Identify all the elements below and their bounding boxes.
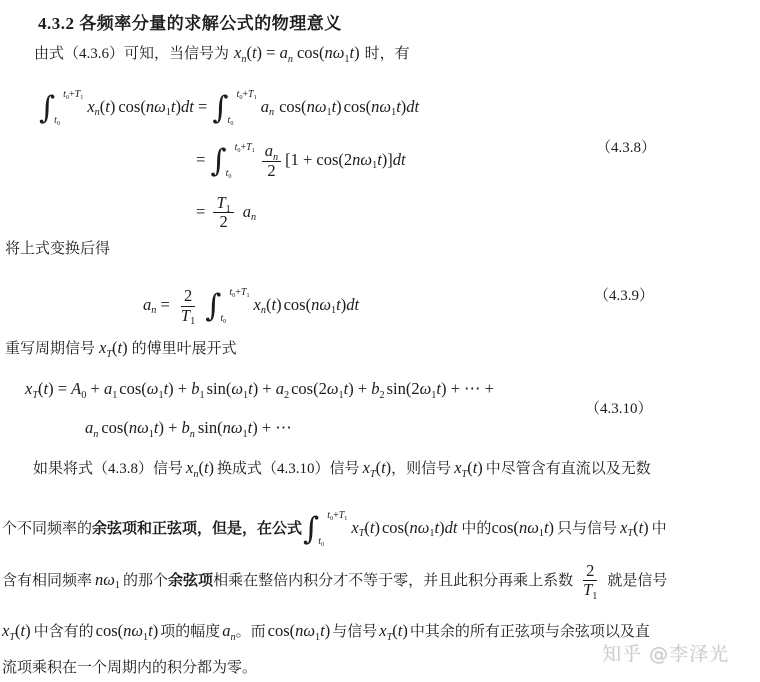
text: 如果将式（4.3.8）信号 bbox=[33, 461, 183, 477]
text: 由式（4.3.6）可知，当信号为 bbox=[34, 46, 229, 62]
math-var: T bbox=[583, 580, 592, 599]
text: 中的 bbox=[461, 521, 491, 537]
subscript: n bbox=[193, 469, 198, 480]
fraction-denominator: 2 bbox=[264, 162, 278, 180]
math-op: ) bbox=[209, 458, 215, 477]
eq-438-line-1: ∫t0+T1t0xn(t)cos(nω1t)dt = ∫t0+T1t0ancos… bbox=[38, 88, 419, 128]
math-var: b bbox=[182, 418, 190, 437]
integral-upper-limit: t0+T1 bbox=[327, 511, 347, 521]
subscript: 1 bbox=[344, 515, 347, 522]
math-var: nω bbox=[311, 295, 331, 314]
bold-text: 余弦项 bbox=[168, 573, 213, 589]
math-op: )] bbox=[382, 150, 393, 169]
eq-439-line: an = 2T1∫t0+T1t0xn(t)cos(nω1t)dt bbox=[143, 286, 359, 326]
math-var: b bbox=[371, 379, 379, 398]
text: 的傅里叶展开式 bbox=[132, 341, 237, 357]
math-var: n bbox=[231, 632, 236, 643]
subscript: T bbox=[370, 469, 376, 480]
subscript: 1 bbox=[115, 580, 120, 591]
subscript: 0 bbox=[228, 173, 231, 180]
subscript: 0 bbox=[230, 120, 233, 127]
text: 。而 bbox=[236, 624, 266, 640]
math-var: A bbox=[71, 379, 81, 398]
math-var: a bbox=[276, 379, 284, 398]
math-var: nω bbox=[307, 97, 327, 116]
math-var: T bbox=[246, 142, 252, 153]
eq-438-line-2: = ∫t0+T1t0an2[1 + cos(2nω1t)]dt bbox=[196, 141, 406, 181]
text: 含有相同频率 bbox=[2, 573, 92, 589]
math-var: T bbox=[9, 632, 15, 643]
subscript: 0 bbox=[232, 292, 235, 299]
math-var: dt bbox=[181, 97, 194, 116]
text: 时，有 bbox=[365, 46, 410, 62]
math-var: T bbox=[216, 193, 225, 212]
fraction-numerator: 2 bbox=[583, 562, 597, 581]
integral-limits: t0+T1t0 bbox=[230, 89, 257, 127]
subscript: 0 bbox=[57, 120, 60, 127]
math-op: cos( bbox=[491, 518, 519, 537]
subscript: n bbox=[273, 152, 278, 163]
math-var: nω bbox=[129, 418, 149, 437]
math-op: ) bbox=[477, 458, 483, 477]
math-var: a bbox=[243, 202, 251, 221]
eq-438-line-3: = T12an bbox=[196, 194, 256, 232]
math-op: sin( bbox=[207, 379, 232, 398]
subscript: 1 bbox=[190, 316, 195, 327]
subscript: n bbox=[269, 107, 274, 118]
integral: ∫t0+T1t0 bbox=[210, 141, 254, 181]
math-var: x bbox=[363, 458, 370, 477]
integral-limits: t0+T1t0 bbox=[56, 89, 83, 127]
fraction-denominator: T1 bbox=[580, 581, 600, 599]
integral-glyph: ∫ bbox=[205, 288, 221, 324]
subscript: n bbox=[93, 429, 98, 440]
integral-upper-limit: t0+T1 bbox=[229, 288, 249, 298]
fraction: an2 bbox=[260, 142, 283, 180]
subscript: T bbox=[106, 349, 112, 360]
math-op: cos( bbox=[118, 97, 146, 116]
body-line-4: xT(t)中含有的cos(nω1t)项的幅度an。而cos(nω1t)与信号xT… bbox=[2, 620, 650, 643]
subscript: 2 bbox=[380, 390, 385, 401]
math-op: ) = bbox=[257, 43, 280, 62]
math-op: ) + bbox=[348, 379, 371, 398]
subscript: 1 bbox=[80, 94, 83, 101]
subscript: 1 bbox=[254, 94, 257, 101]
subscript: n bbox=[241, 54, 246, 65]
math-var: nω bbox=[324, 43, 344, 62]
watermark: 知乎 @李泽光 bbox=[602, 639, 729, 666]
math-op: 2 bbox=[184, 286, 192, 305]
math-var: dt bbox=[445, 518, 458, 537]
text: 就是信号 bbox=[607, 573, 667, 589]
subscript: T bbox=[462, 469, 468, 480]
subscript: 1 bbox=[243, 390, 248, 401]
integral-lower-limit: t0 bbox=[54, 116, 83, 126]
math-var: T bbox=[387, 632, 393, 643]
math-var: n bbox=[241, 54, 246, 65]
subscript: 1 bbox=[331, 305, 336, 316]
math-op: ) bbox=[276, 295, 282, 314]
math-var: a bbox=[104, 379, 112, 398]
math-op: [1 + cos(2 bbox=[285, 150, 352, 169]
subscript: n bbox=[261, 305, 266, 316]
subscript: 0 bbox=[321, 541, 324, 548]
math-op: 2 bbox=[219, 212, 227, 231]
text: 的那个 bbox=[123, 573, 168, 589]
math-op: ) bbox=[354, 43, 360, 62]
math-op: ) + bbox=[168, 379, 191, 398]
math-var: nω bbox=[371, 97, 391, 116]
math-var: n bbox=[288, 54, 293, 65]
text: 流项乘积在一个周期内的积分都为零。 bbox=[2, 660, 257, 676]
math-var: ω bbox=[231, 379, 243, 398]
math-op: cos( bbox=[96, 621, 124, 640]
math-var: x bbox=[379, 621, 386, 640]
math-op: ) bbox=[402, 621, 408, 640]
math-op: + bbox=[86, 379, 104, 398]
math-var: a bbox=[265, 141, 273, 160]
math-var: dt bbox=[346, 295, 359, 314]
math-var: nω bbox=[519, 518, 539, 537]
eq-4310-label: （4.3.10） bbox=[585, 400, 653, 420]
math-var: x bbox=[254, 295, 261, 314]
math-var: T bbox=[32, 390, 38, 401]
section-title: 4.3.2 各频率分量的求解公式的物理意义 bbox=[38, 9, 342, 34]
math-op: sin(2 bbox=[387, 379, 420, 398]
math-op: ) = bbox=[48, 379, 71, 398]
subscript: n bbox=[231, 632, 236, 643]
subscript: 1 bbox=[243, 429, 248, 440]
math-var: nω bbox=[352, 150, 372, 169]
subscript: n bbox=[251, 212, 256, 223]
document-page: 4.3.2 各频率分量的求解公式的物理意义 由式（4.3.6）可知，当信号为xn… bbox=[0, 0, 760, 682]
subscript: T bbox=[359, 528, 365, 539]
fraction-denominator: 2 bbox=[216, 213, 230, 231]
fraction: 2T1 bbox=[578, 562, 602, 600]
subscript: 1 bbox=[372, 160, 377, 171]
subscript: 1 bbox=[344, 54, 349, 65]
integral-upper-limit: t0+T1 bbox=[63, 90, 83, 100]
math-op: cos( bbox=[297, 43, 325, 62]
intro-line: 由式（4.3.6）可知，当信号为xn(t) = ancos(nω1t)时，有 bbox=[34, 42, 410, 65]
math-op: ) bbox=[153, 621, 159, 640]
math-var: a bbox=[85, 418, 93, 437]
subscript: 1 bbox=[315, 632, 320, 643]
text: 重写周期信号 bbox=[5, 341, 95, 357]
math-op: ) bbox=[325, 621, 331, 640]
text: 中尽管含有直流以及无数 bbox=[486, 461, 651, 477]
subscript: n bbox=[190, 429, 195, 440]
text: 个不同频率的 bbox=[2, 521, 92, 537]
math-op: 2 bbox=[267, 161, 275, 180]
math-var: n bbox=[190, 429, 195, 440]
math-var: T bbox=[462, 469, 468, 480]
integral-lower-limit: t0 bbox=[318, 537, 347, 547]
math-var: nω bbox=[95, 570, 115, 589]
fraction-numerator: 2 bbox=[181, 287, 195, 306]
subscript: 0 bbox=[330, 515, 333, 522]
text: 中含有的 bbox=[34, 624, 94, 640]
math-var: dt bbox=[393, 150, 406, 169]
text: 相乘在整倍内积分才不等于零，并且此积分再乘上系数 bbox=[213, 573, 573, 589]
math-var: T bbox=[181, 306, 190, 325]
fraction-denominator: T1 bbox=[178, 307, 198, 325]
integral-glyph: ∫ bbox=[303, 511, 319, 547]
math-op: ) bbox=[122, 338, 128, 357]
math-var: T bbox=[248, 89, 254, 100]
math-op: ) bbox=[549, 518, 555, 537]
math-var: ω bbox=[327, 379, 339, 398]
integral-limits: t0+T1t0 bbox=[228, 142, 255, 180]
math-op: ) bbox=[25, 621, 31, 640]
subscript: n bbox=[288, 54, 293, 65]
subscript: 0 bbox=[223, 318, 226, 325]
subscript: 1 bbox=[158, 390, 163, 401]
body-line-3: 含有相同频率nω1的那个余弦项相乘在整倍内积分才不等于零，并且此积分再乘上系数2… bbox=[2, 562, 667, 600]
integral-limits: t0+T1t0 bbox=[222, 287, 249, 325]
math-op: ) + ⋯ + bbox=[441, 379, 494, 398]
fraction: T12 bbox=[211, 194, 235, 232]
math-var: n bbox=[269, 107, 274, 118]
subscript: 1 bbox=[112, 390, 117, 401]
subscript: 1 bbox=[149, 429, 154, 440]
text: 与信号 bbox=[332, 624, 377, 640]
transform-note: 将上式变换后得 bbox=[5, 240, 110, 260]
math-var: ω bbox=[147, 379, 159, 398]
subscript: 1 bbox=[326, 107, 331, 118]
math-op: cos( bbox=[119, 379, 147, 398]
math-var: n bbox=[93, 429, 98, 440]
math-var: T bbox=[627, 528, 633, 539]
math-op: sin( bbox=[198, 418, 223, 437]
integral: ∫t0+T1t0 bbox=[212, 88, 256, 128]
integral: ∫t0+T1t0 bbox=[39, 88, 83, 128]
subscript: T bbox=[32, 390, 38, 401]
subscript: 1 bbox=[166, 107, 171, 118]
math-op: cos( bbox=[284, 295, 312, 314]
math-op: ) bbox=[374, 518, 380, 537]
math-var: T bbox=[359, 528, 365, 539]
text: 项的幅度 bbox=[160, 624, 220, 640]
eq-439-label: （4.3.9） bbox=[594, 287, 654, 307]
math-var: x bbox=[454, 458, 461, 477]
subscript: T bbox=[9, 632, 15, 643]
math-op: ) bbox=[643, 518, 649, 537]
integral-limits: t0+T1t0 bbox=[320, 510, 347, 548]
math-op: + bbox=[164, 418, 182, 437]
math-op: cos( bbox=[344, 97, 372, 116]
integral-glyph: ∫ bbox=[210, 143, 226, 179]
subscript: 1 bbox=[592, 591, 597, 602]
fraction-numerator: an bbox=[262, 142, 281, 161]
math-var: nω bbox=[123, 621, 143, 640]
text: 只与信号 bbox=[557, 521, 617, 537]
subscript: T bbox=[627, 528, 633, 539]
subscript: 1 bbox=[226, 204, 231, 215]
subscript: 1 bbox=[391, 107, 396, 118]
math-op: cos( bbox=[279, 97, 307, 116]
math-op: ) bbox=[336, 97, 342, 116]
eq-438-label: （4.3.8） bbox=[596, 139, 656, 159]
math-var: n bbox=[95, 107, 100, 118]
body-line-1: 如果将式（4.3.8）信号xn(t)换成式（4.3.10）信号xT(t)，则信号… bbox=[2, 457, 651, 480]
integral-lower-limit: t0 bbox=[220, 314, 249, 324]
math-op: = bbox=[156, 295, 174, 314]
math-op: = bbox=[196, 202, 209, 221]
bold-text: 余弦项和正弦项，但是，在公式 bbox=[92, 521, 302, 537]
text: 换成式（4.3.10）信号 bbox=[217, 461, 360, 477]
math-var: n bbox=[261, 305, 266, 316]
subscript: 1 bbox=[143, 632, 148, 643]
integral-glyph: ∫ bbox=[39, 90, 55, 126]
math-op: ) bbox=[110, 97, 116, 116]
subscript: 1 bbox=[431, 390, 436, 401]
math-op: 2 bbox=[586, 561, 594, 580]
integral: ∫t0+T1t0 bbox=[303, 509, 347, 549]
eq-4310-line-1: xT(t) = A0 + a1cos(ω1t) + b1sin(ω1t) + a… bbox=[25, 378, 494, 399]
math-var: x bbox=[351, 518, 358, 537]
subscript: T bbox=[387, 632, 393, 643]
rewrite-note: 重写周期信号xT(t)的傅里叶展开式 bbox=[5, 337, 237, 360]
math-var: a bbox=[222, 621, 230, 640]
body-line-5: 流项乘积在一个周期内的积分都为零。 bbox=[2, 656, 257, 679]
subscript: 2 bbox=[284, 390, 289, 401]
math-var: T bbox=[370, 469, 376, 480]
integral-upper-limit: t0+T1 bbox=[237, 90, 257, 100]
math-var: nω bbox=[295, 621, 315, 640]
text: 中其余的所有正弦项与余弦项以及直 bbox=[410, 624, 650, 640]
math-var: nω bbox=[146, 97, 166, 116]
math-var: x bbox=[87, 97, 94, 116]
math-op: ) + ⋯ bbox=[252, 418, 292, 437]
math-var: T bbox=[106, 349, 112, 360]
math-op: = bbox=[194, 97, 212, 116]
subscript: 1 bbox=[339, 390, 344, 401]
math-op: ) + bbox=[253, 379, 276, 398]
subscript: 1 bbox=[539, 528, 544, 539]
subscript: 0 bbox=[66, 94, 69, 101]
integral: ∫t0+T1t0 bbox=[205, 286, 249, 326]
math-op: cos( bbox=[268, 621, 296, 640]
text: ，则信号 bbox=[391, 461, 451, 477]
integral-lower-limit: t0 bbox=[228, 116, 257, 126]
subscript: 0 bbox=[81, 390, 86, 401]
subscript: 1 bbox=[429, 528, 434, 539]
subscript: n bbox=[151, 305, 156, 316]
math-var: a bbox=[280, 43, 288, 62]
math-op: cos( bbox=[101, 418, 129, 437]
math-var: n bbox=[273, 152, 278, 163]
subscript: 0 bbox=[239, 94, 242, 101]
math-op: = bbox=[196, 150, 209, 169]
subscript: n bbox=[95, 107, 100, 118]
subscript: 1 bbox=[252, 147, 255, 154]
math-var: dt bbox=[406, 97, 419, 116]
body-line-2: 个不同频率的余弦项和正弦项，但是，在公式∫t0+T1t0xT(t)cos(nω1… bbox=[2, 509, 667, 549]
fraction-numerator: T1 bbox=[213, 194, 233, 213]
integral-lower-limit: t0 bbox=[226, 169, 255, 179]
math-var: nω bbox=[409, 518, 429, 537]
subscript: 1 bbox=[246, 292, 249, 299]
integral-glyph: ∫ bbox=[212, 90, 228, 126]
math-var: nω bbox=[223, 418, 243, 437]
math-var: ω bbox=[420, 379, 432, 398]
math-op: cos( bbox=[382, 518, 410, 537]
math-var: n bbox=[151, 305, 156, 316]
math-op: cos(2 bbox=[291, 379, 327, 398]
subscript: 1 bbox=[199, 390, 204, 401]
fraction: 2T1 bbox=[176, 287, 200, 325]
text: 中 bbox=[652, 521, 667, 537]
math-var: a bbox=[261, 97, 269, 116]
math-var: a bbox=[143, 295, 151, 314]
integral-upper-limit: t0+T1 bbox=[235, 143, 255, 153]
math-var: n bbox=[251, 212, 256, 223]
math-var: n bbox=[193, 469, 198, 480]
eq-4310-line-2: ancos(nω1t) + bnsin(nω1t) + ⋯ bbox=[85, 417, 292, 438]
